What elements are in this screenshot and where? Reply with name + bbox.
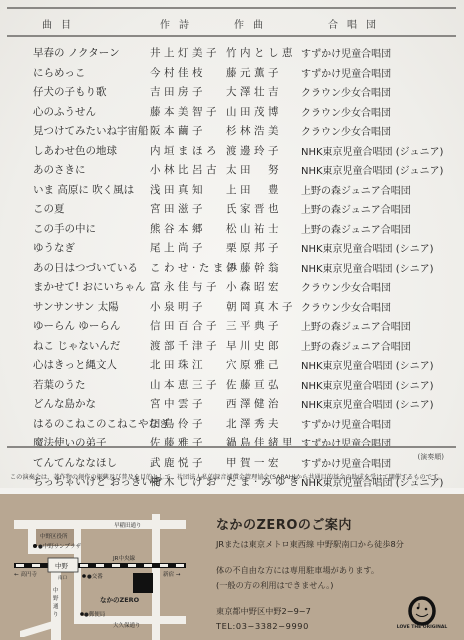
song-row: はるのこねこのこねこやなぎ田島伶子北澤秀夫すずかけ児童合唱団 [0,413,464,433]
song-row: 若葉のうた山本恵三子佐藤亘弘NHK東京児童合唱団 (シニア) [0,374,464,394]
song-row: てんてんななほし武鹿悦子甲賀一宏すずかけ児童合唱団 [0,452,464,472]
song-title: この夏 [33,201,65,216]
song-composer: 杉林浩美 [226,123,282,138]
song-title: サンサンサン 太陽 [33,299,119,314]
svg-text:通: 通 [53,602,59,610]
song-composer: 穴原雅己 [226,357,282,372]
map-label-station: 中野 [55,561,69,570]
performance-order-note: (演奏順) [418,452,444,462]
song-lyricist: 内垣まほろ [150,143,220,158]
song-lyricist: 山本恵三子 [150,377,220,392]
song-lyricist: 熊谷本郷 [150,221,206,236]
song-choir: クラウン少女合唱団 [301,84,391,99]
song-composer: 山田茂博 [226,104,282,119]
song-row: 魔法使いの弟子佐藤雅子鍋島佳緒里すずかけ児童合唱団 [0,432,464,452]
song-title: 見つけてみたいね宇宙船 [33,123,149,138]
song-lyricist: 今村佳枝 [150,65,206,80]
song-choir: 上野の森ジュニア合唱団 [301,182,411,197]
song-lyricist: 武鹿悦子 [150,455,206,470]
map-label-venue: なかのZERO [100,596,140,604]
access-text: JRまたは東京メトロ東西線 中野駅南口から徒歩8分 [216,539,404,550]
svg-text:り: り [53,611,59,618]
song-choir: クラウン少女合唱団 [301,123,391,138]
song-title: どんな島かな [33,396,96,411]
song-row: あのさきに小林比呂古太田 努NHK東京児童合唱団 (ジュニア) [0,159,464,179]
map-label-post: ●郵便局 [84,610,106,618]
song-composer: 甲賀一宏 [226,455,282,470]
song-lyricist: 吉田房子 [150,84,206,99]
song-lyricist: 宮田滋子 [150,201,206,216]
song-lyricist: 藤本美智子 [150,104,220,119]
song-choir: クラウン少女合唱団 [301,104,391,119]
song-row: 早春の ノクターン井上灯美子竹内とし恵すずかけ児童合唱団 [0,42,464,62]
song-composer: 大澤壮吉 [226,84,282,99]
grant-notice: この演奏会は、著作物の創作の振興及び普及を目的として、社団法人私的録音補償金管理… [10,472,444,481]
map-label-jr: JR中央線 [112,554,135,562]
top-rule [7,7,456,9]
song-row: 心はきっと縄文人北田珠江穴原雅己NHK東京児童合唱団 (シニア) [0,354,464,374]
song-composer: 朝岡真木子 [226,299,296,314]
song-lyricist: 井上灯美子 [150,45,220,60]
program-section: 曲目 作詩 作曲 合唱団 早春の ノクターン井上灯美子竹内とし恵すずかけ児童合唱… [0,0,464,488]
smiley-note-icon [394,594,450,626]
song-lyricist: 信田百合子 [150,318,220,333]
song-lyricist: 宮中雲子 [150,396,206,411]
song-choir: NHK東京児童合唱団 (シニア) [301,240,434,255]
love-the-original-logo: LOVE THE ORIGINAL [394,594,450,638]
song-title: ゆーらん ゆーらん [33,318,120,333]
song-composer: 松山祐士 [226,221,282,236]
song-lyricist: 小泉明子 [150,299,206,314]
song-choir: すずかけ児童合唱団 [301,455,391,470]
song-choir: すずかけ児童合唱団 [301,45,391,60]
song-title: まかせて! おにいちゃん [33,279,146,294]
song-row: 見つけてみたいね宇宙船阪本繭子杉林浩美クラウン少女合唱団 [0,120,464,140]
bottom-rule [7,446,456,448]
song-choir: 上野の森ジュニア合唱団 [301,221,411,236]
song-lyricist: 北田珠江 [150,357,206,372]
song-composer: 藤元薫子 [226,65,282,80]
song-row: 心のふうせん藤本美智子山田茂博クラウン少女合唱団 [0,101,464,121]
song-row: ゆうなぎ尾上尚子栗原邦子NHK東京児童合唱団 (シニア) [0,237,464,257]
song-title: あの日はつづいている [33,260,138,275]
song-title: いま 高原に 吹く風は [33,182,134,197]
map-label-south: 南口 [58,574,67,581]
song-choir: クラウン少女合唱団 [301,299,391,314]
song-lyricist: 尾上尚子 [150,240,206,255]
map-label-okubo: 大久保通り [113,621,141,629]
program-header: 曲目 作詩 作曲 合唱団 [0,10,464,32]
song-choir: 上野の森ジュニア合唱団 [301,338,411,353]
song-title: しあわせ色の地球 [33,143,117,158]
song-composer: 小森昭宏 [226,279,282,294]
song-lyricist: 阪本繭子 [150,123,206,138]
song-composer: 氏家晋也 [226,201,282,216]
song-row: この夏宮田滋子氏家晋也上野の森ジュニア合唱団 [0,198,464,218]
song-composer: 栗原邦子 [226,240,282,255]
song-row: どんな島かな宮中雲子西澤健治NHK東京児童合唱団 (シニア) [0,393,464,413]
telephone: TEL:03−3382−9990 [216,621,309,631]
song-title: ねこ じゃないんだ [33,338,120,353]
song-row: にらめっこ今村佳枝藤元薫子すずかけ児童合唱団 [0,62,464,82]
song-composer: 早川史郎 [226,338,282,353]
header-rule [7,35,456,37]
song-composer: 伊藤幹翁 [226,260,282,275]
song-row: ゆーらん ゆーらん信田百合子三平典子上野の森ジュニア合唱団 [0,315,464,335]
map-label-koban: ●交番 [87,572,103,580]
header-title: 曲目 [42,16,80,31]
song-composer: 太田 努 [226,162,282,177]
svg-text:野: 野 [53,594,59,602]
song-composer: 北澤秀夫 [226,416,282,431]
song-choir: NHK東京児童合唱団 (ジュニア) [301,162,443,177]
venue-guide: 早稲田通り 中野区役所 ●中野サンプラザ JR中央線 中野 ← 高円寺 新宿 →… [0,494,464,640]
song-title: 心のふうせん [33,104,96,119]
song-row: しあわせ色の地球内垣まほろ渡邊玲子NHK東京児童合唱団 (ジュニア) [0,140,464,160]
song-row: 仔犬の子もり歌吉田房子大澤壮吉クラウン少女合唱団 [0,81,464,101]
song-row: あの日はつづいているこわせ·たまみ伊藤幹翁NHK東京児童合唱団 (シニア) [0,257,464,277]
header-lyricist: 作詩 [160,16,198,31]
song-title: にらめっこ [33,65,85,80]
parking-note: (一般の方の利用はできません。) [216,580,333,591]
song-choir: 上野の森ジュニア合唱団 [301,201,411,216]
guide-title: なかのZEROのご案内 [216,514,352,533]
song-lyricist: 渡部千津子 [150,338,220,353]
song-row: まかせて! おにいちゃん富永佳与子小森昭宏クラウン少女合唱団 [0,276,464,296]
song-choir: NHK東京児童合唱団 (ジュニア) [301,143,443,158]
logo-text: LOVE THE ORIGINAL [394,625,450,630]
address: 東京都中野区中野2−9−7 [216,606,311,617]
song-composer: 渡邊玲子 [226,143,282,158]
song-row: ねこ じゃないんだ渡部千津子早川史郎上野の森ジュニア合唱団 [0,335,464,355]
song-title: 早春の ノクターン [33,45,120,60]
song-lyricist: 富永佳与子 [150,279,220,294]
song-choir: すずかけ児童合唱団 [301,416,391,431]
song-row: この手の中に熊谷本郷松山祐士上野の森ジュニア合唱団 [0,218,464,238]
song-row: サンサンサン 太陽小泉明子朝岡真木子クラウン少女合唱団 [0,296,464,316]
song-title: この手の中に [33,221,96,236]
song-title: 仔犬の子もり歌 [33,84,107,99]
song-title: ゆうなぎ [33,240,75,255]
song-title: てんてんななほし [33,455,117,470]
song-choir: NHK東京児童合唱団 (シニア) [301,396,434,411]
song-composer: 西澤健治 [226,396,282,411]
song-composer: 竹内とし恵 [226,45,296,60]
song-title: 若葉のうた [33,377,86,392]
song-lyricist: 田島伶子 [150,416,206,431]
song-title: あのさきに [33,162,86,177]
song-title: 心はきっと縄文人 [33,357,117,372]
map-label-ward: 中野区役所 [40,532,68,540]
header-composer: 作曲 [234,16,272,31]
song-choir: NHK東京児童合唱団 (シニア) [301,357,434,372]
song-lyricist: 浅田真知 [150,182,206,197]
song-row: いま 高原に 吹く風は浅田真知上田 豊上野の森ジュニア合唱団 [0,179,464,199]
song-choir: NHK東京児童合唱団 (シニア) [301,377,434,392]
map-label-koenji: ← 高円寺 [14,570,37,578]
song-composer: 佐藤亘弘 [226,377,282,392]
map-label-sunplaza: ●中野サンプラザ [38,542,82,550]
song-composer: 上田 豊 [226,182,282,197]
map-label-waseda: 早稲田通り [114,521,142,529]
song-list: 早春の ノクターン井上灯美子竹内とし恵すずかけ児童合唱団にらめっこ今村佳枝藤元薫… [0,42,464,530]
venue-info: なかのZEROのご案内 JRまたは東京メトロ東西線 中野駅南口から徒歩8分 体の… [214,494,464,640]
song-choir: クラウン少女合唱団 [301,279,391,294]
song-choir: すずかけ児童合唱団 [301,65,391,80]
song-choir: 上野の森ジュニア合唱団 [301,318,411,333]
parking-text: 体の不自由な方には専用駐車場があります。 [216,565,379,576]
song-lyricist: 小林比呂古 [150,162,220,177]
song-choir: NHK東京児童合唱団 (シニア) [301,260,434,275]
map-label-shinjuku: 新宿 → [163,570,181,578]
road-waseda [14,520,186,529]
access-map: 早稲田通り 中野区役所 ●中野サンプラザ JR中央線 中野 ← 高円寺 新宿 →… [0,494,200,640]
song-composer: 三平典子 [226,318,282,333]
svg-text:中: 中 [53,586,59,594]
header-choir: 合唱団 [328,16,385,31]
